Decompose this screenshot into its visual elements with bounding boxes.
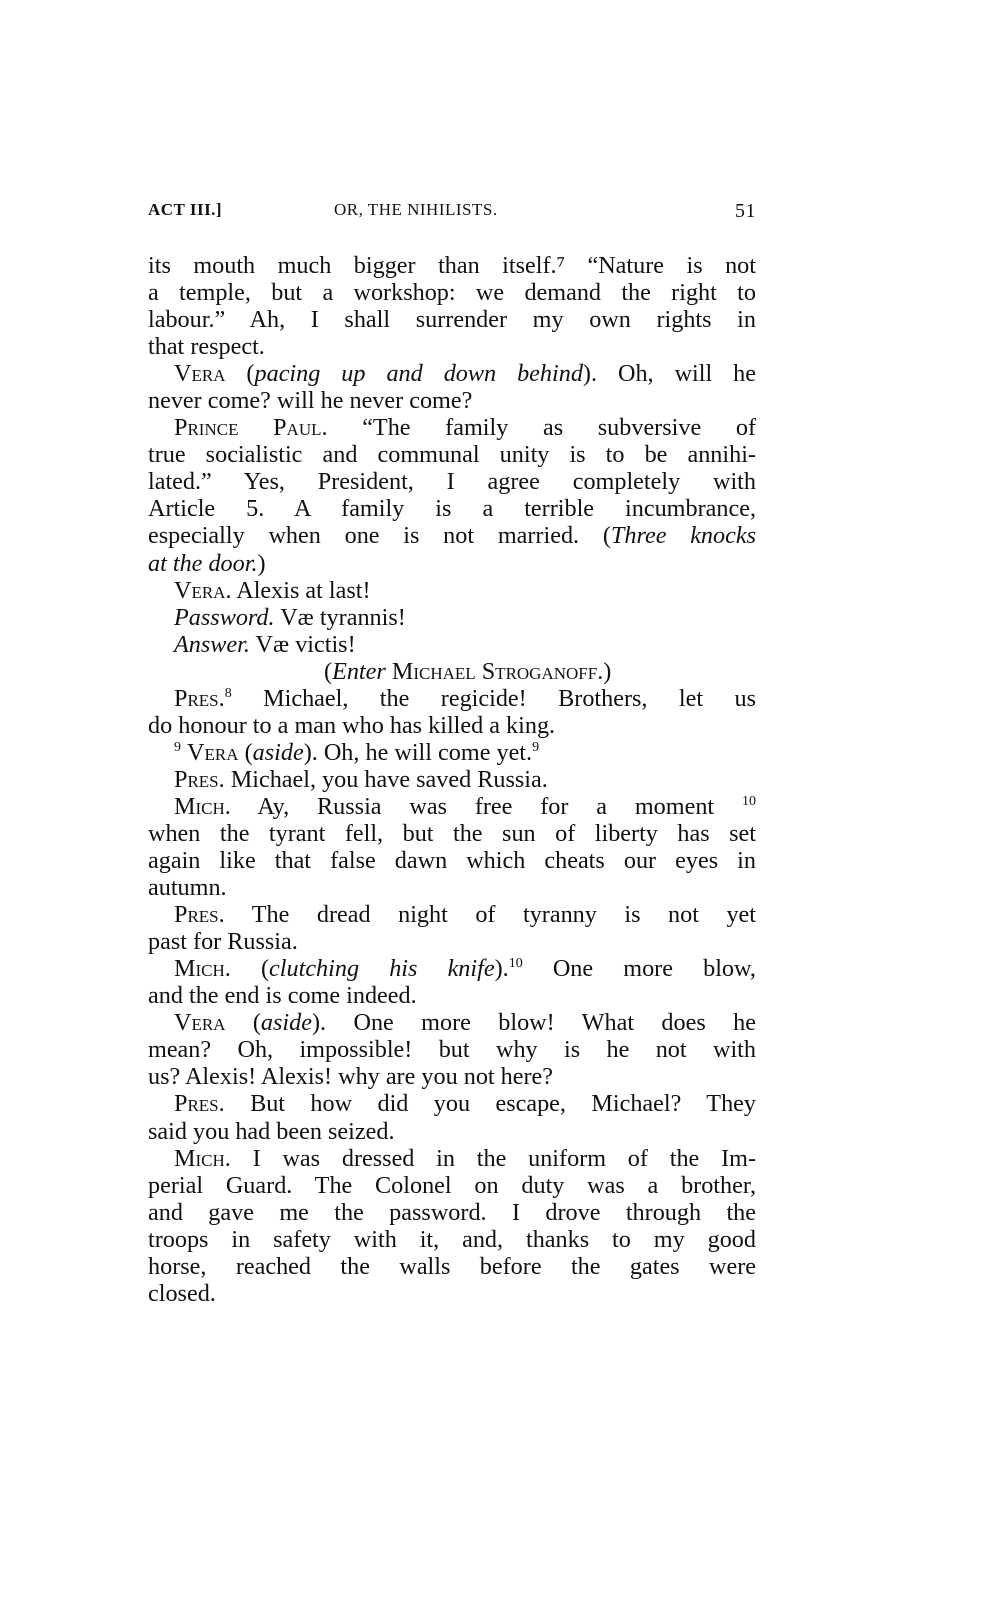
footnote-marker: 10 <box>742 794 756 809</box>
speaker-name: Vera <box>174 1009 225 1036</box>
speech-mich: Mich. I was dressed in the uniform of th… <box>148 1145 756 1172</box>
speech-pres: Pres.8 Michael, the regicide! Brothers, … <box>148 685 756 712</box>
answer-line: Answer. Væ victis! <box>148 631 756 658</box>
speech-vera: Vera (aside). One more blow! What does h… <box>148 1009 756 1036</box>
speaker-name: Vera <box>174 360 225 387</box>
text-line: and gave me the password. I drove throug… <box>148 1199 756 1226</box>
text-line: true socialistic and communal unity is t… <box>148 441 756 468</box>
speech-vera: Vera (pacing up and down behind). Oh, wi… <box>148 360 756 387</box>
speaker-name: Vera <box>187 739 238 766</box>
stage-direction: pacing up and down behind <box>255 360 583 387</box>
speech-pres: Pres. But how did you escape, Michael? T… <box>148 1090 756 1117</box>
speech-vera: Vera. Alexis at last! <box>148 577 756 604</box>
act-label: ACT III.] <box>148 200 222 220</box>
text-line: past for Russia. <box>148 928 756 955</box>
speech-prince-paul: Prince Paul. “The family as subversive o… <box>148 414 756 441</box>
speaker-name: Pres. <box>174 901 225 928</box>
speaker-name: Mich. <box>174 1145 231 1172</box>
play-text: its mouth much bigger than itself.⁷ “Nat… <box>148 252 756 1307</box>
text-line: and the end is come indeed. <box>148 982 756 1009</box>
text-line: when the tyrant fell, but the sun of lib… <box>148 820 756 847</box>
stage-direction-enter: (Enter Michael Stroganoff.) <box>148 658 756 685</box>
footnote-marker: 10 <box>509 956 523 971</box>
speech-vera: 9 Vera (aside). Oh, he will come yet.9 <box>148 739 756 766</box>
play-subtitle: OR, THE NIHILISTS. <box>334 200 498 220</box>
text-line: do honour to a man who has killed a king… <box>148 712 756 739</box>
text-line: lated.” Yes, President, I agree complete… <box>148 468 756 495</box>
book-page: ACT III.] OR, THE NIHILISTS. 51 its mout… <box>0 0 1000 1600</box>
text-line: Article 5. A family is a terrible incumb… <box>148 495 756 522</box>
speaker-name: Mich. <box>174 955 231 982</box>
stage-direction: aside <box>261 1009 312 1036</box>
text-line: a temple, but a workshop: we demand the … <box>148 279 756 306</box>
text-line: especially when one is not married. (Thr… <box>148 522 756 549</box>
speech-pres: Pres. The dread night of tyranny is not … <box>148 901 756 928</box>
speaker-name: Prince Paul. <box>174 414 328 441</box>
running-head: ACT III.] OR, THE NIHILISTS. 51 <box>148 200 756 228</box>
text-line: its mouth much bigger than itself.⁷ “Nat… <box>148 252 756 279</box>
speaker-name: Mich. <box>174 793 231 820</box>
stage-direction: clutching his knife <box>269 955 495 982</box>
character-name: Michael Stroganoff. <box>392 658 603 685</box>
speech-pres: Pres. Michael, you have saved Russia. <box>148 766 756 793</box>
text-line: us? Alexis! Alexis! why are you not here… <box>148 1063 756 1090</box>
stage-direction: at the door. <box>148 550 258 577</box>
stage-direction: Three knocks <box>611 522 756 549</box>
footnote-marker: 9 <box>174 740 181 755</box>
speaker-name: Pres. <box>174 1090 225 1117</box>
text-line: closed. <box>148 1280 756 1307</box>
stage-direction: aside <box>253 739 304 766</box>
text-line: that respect. <box>148 333 756 360</box>
label: Answer. <box>174 631 250 658</box>
text-line: perial Guard. The Colonel on duty was a … <box>148 1172 756 1199</box>
page-number: 51 <box>735 200 756 223</box>
speech-mich: Mich. (clutching his knife).10 One more … <box>148 955 756 982</box>
speech-mich: Mich. Ay, Russia was free for a moment 1… <box>148 793 756 820</box>
password-line: Password. Væ tyrannis! <box>148 604 756 631</box>
footnote-marker: 8 <box>225 686 232 701</box>
speaker-name: Pres. <box>174 685 225 712</box>
text-line: said you had been seized. <box>148 1118 756 1145</box>
footnote-marker: 9 <box>532 740 539 755</box>
text-line: at the door.) <box>148 550 756 577</box>
text-line: labour.” Ah, I shall surrender my own ri… <box>148 306 756 333</box>
label: Password. <box>174 604 275 631</box>
text-line: never come? will he never come? <box>148 387 756 414</box>
text-line: autumn. <box>148 874 756 901</box>
speaker-name: Pres. <box>174 766 225 793</box>
text-line: mean? Oh, impossible! but why is he not … <box>148 1036 756 1063</box>
text-line: troops in safety with it, and, thanks to… <box>148 1226 756 1253</box>
speaker-name: Vera. <box>174 577 232 604</box>
text-line: again like that false dawn which cheats … <box>148 847 756 874</box>
text-line: horse, reached the walls before the gate… <box>148 1253 756 1280</box>
